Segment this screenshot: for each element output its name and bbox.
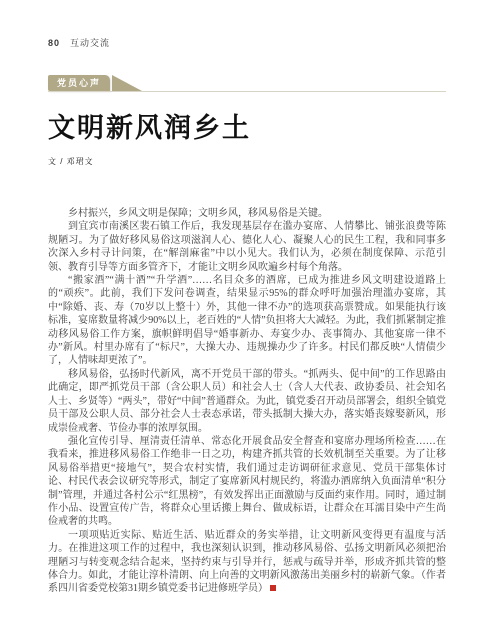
column-tab: 党员心声	[48, 75, 110, 91]
column-tab-row: 党员心声	[48, 75, 446, 92]
paragraph-3: “搬家酒”“满十酒”“升学酒”……名目众多的酒席，已成为推进乡风文明建设道路上的…	[48, 274, 446, 368]
paragraph-2: 到宜宾市南溪区裴石镇工作后，我发现基层存在滥办宴席、人情攀比、铺张浪费等陈规陋习…	[48, 220, 446, 274]
paragraph-4: 移风易俗，弘扬时代新风，离不开党员干部的带头。“抓两头、促中间”的工作思路由此确…	[48, 368, 446, 435]
paragraph-6: 一项项贴近实际、贴近生活、贴近群众的务实举措，让文明新风变得更有温度与活力。在推…	[48, 529, 446, 596]
article-byline: 文 / 邓珺文	[48, 156, 446, 167]
page-number: 80	[48, 38, 60, 48]
column-rule-line	[48, 91, 446, 92]
article-end-mark-icon	[270, 585, 276, 591]
paragraph-1: 乡村振兴，乡风文明是保障；文明乡风，移风易俗是关键。	[48, 207, 446, 220]
magazine-page: 80互动交流 党员心声 文明新风润乡土 文 / 邓珺文 乡村振兴，乡风文明是保障…	[0, 0, 484, 640]
paragraph-5: 强化宣传引导、厘清责任清单、常态化开展食品安全督查和宴席办理场所检查……在我看来…	[48, 435, 446, 529]
page-header: 80互动交流	[48, 36, 446, 49]
article-title: 文明新风润乡土	[48, 106, 446, 145]
section-name: 互动交流	[70, 38, 110, 48]
paragraph-6-text: 一项项贴近实际、贴近生活、贴近群众的务实举措，让文明新风变得更有温度与活力。在推…	[48, 530, 446, 595]
column-tab-label: 党员心声	[57, 78, 101, 88]
article-body: 乡村振兴，乡风文明是保障；文明乡风，移风易俗是关键。 到宜宾市南溪区裴石镇工作后…	[48, 207, 446, 596]
column-tab-slope	[112, 75, 142, 91]
